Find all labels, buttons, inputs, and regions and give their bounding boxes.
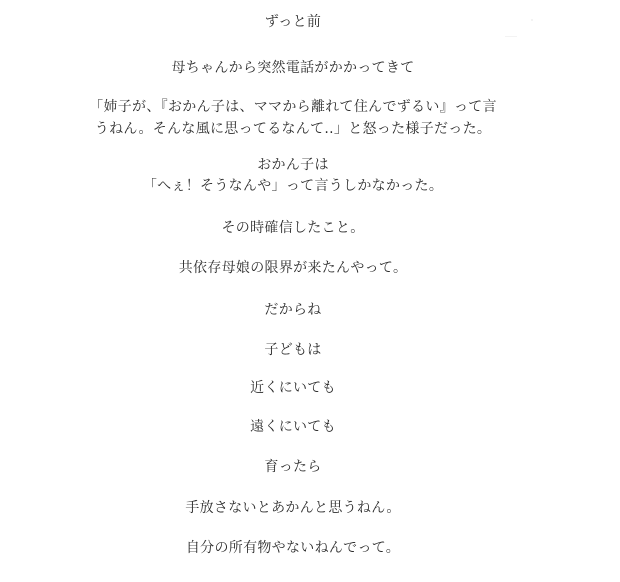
- text-line-7: その時確信したこと。: [0, 218, 586, 238]
- text-line-12: 遠くにいても: [0, 417, 586, 437]
- text-line-11: 近くにいても: [0, 378, 586, 398]
- text-line-15: 自分の所有物やないねんでって。: [0, 538, 586, 558]
- text-line-2: 母ちゃんから突然電話がかかってきて: [0, 58, 586, 78]
- text-line-8: 共依存母娘の限界が来たんやって。: [0, 258, 586, 278]
- scan-artifact: [505, 36, 517, 37]
- text-line-4: うねん。そんな風に思ってるなんて..」と怒った様子だった。: [0, 119, 586, 139]
- document-page: ずっと前 母ちゃんから突然電話がかかってきて 「姉子が、『おかん子は、ママから離…: [0, 0, 620, 582]
- text-line-13: 育ったら: [0, 457, 586, 477]
- text-line-9: だからね: [0, 300, 586, 320]
- text-line-14: 手放さないとあかんと思うねん。: [0, 498, 586, 518]
- text-line-3: 「姉子が、『おかん子は、ママから離れて住んでずるい』って言: [0, 97, 586, 117]
- text-line-10: 子どもは: [0, 340, 586, 360]
- text-line-6: 「へぇ！そうなんや」って言うしかなかった。: [0, 176, 586, 196]
- text-line-1: ずっと前: [0, 12, 586, 32]
- scan-artifact: [531, 19, 533, 21]
- text-line-5: おかん子は: [0, 155, 586, 175]
